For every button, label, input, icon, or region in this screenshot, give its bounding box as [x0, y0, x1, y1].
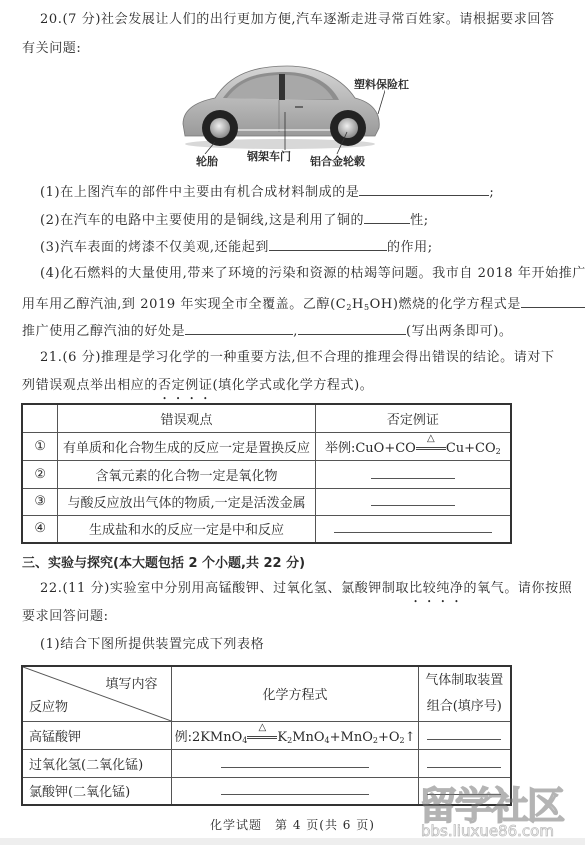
answer-blank-equation-3[interactable] — [221, 782, 369, 795]
header-device: 气体制取装置 组合(填序号) — [418, 666, 511, 721]
answer-blank-3[interactable] — [269, 238, 387, 251]
row-example[interactable] — [315, 460, 511, 488]
answer-blank-benefit-2[interactable] — [298, 322, 406, 335]
row-reactant: 高锰酸钾 — [22, 721, 172, 749]
label-alloy-hub: 铝合金轮毂 — [310, 153, 365, 169]
row-reactant: 氯酸钾(二氧化锰) — [22, 777, 172, 805]
q20-part2: (2)在汽车的电路中主要使用的是铜线,这是利用了铜的性; — [40, 211, 429, 229]
answer-blank-example-4[interactable] — [334, 520, 492, 533]
row-reactant: 过氧化氢(二氧化锰) — [22, 749, 172, 777]
header-reactant: 反应物 — [29, 696, 68, 715]
header-fill-content: 填写内容 — [105, 673, 157, 692]
row-example[interactable] — [315, 515, 511, 543]
row-num: ② — [22, 460, 58, 488]
row-equation[interactable] — [172, 777, 418, 805]
q22-table-header: 填写内容 反应物 化学方程式 气体制取装置 组合(填序号) — [22, 666, 511, 721]
gas-arrow-icon: ↑ — [405, 730, 416, 745]
row-equation: 例:2KMnO4△K2MnO4+MnO2+O2↑ — [172, 721, 418, 749]
q20-part3: (3)汽车表面的烤漆不仅美观,还能起到的作用; — [40, 238, 433, 256]
answer-blank-example-2[interactable] — [371, 466, 455, 479]
row-view: 含氧元素的化合物一定是氧化物 — [58, 460, 315, 488]
q21-intro-line2: 列错误观点举出相应的否定例证(填化学式或化学方程式)。 — [22, 378, 373, 394]
row-example: 举例:CuO+CO△Cu+CO2 — [315, 432, 511, 460]
answer-blank-example-3[interactable] — [371, 493, 455, 506]
table-row: ② 含氧元素的化合物一定是氧化物 — [22, 460, 511, 488]
answer-blank-equation[interactable] — [521, 295, 585, 308]
row-device[interactable] — [418, 749, 511, 777]
row-view: 有单质和化合物生成的反应一定是置换反应 — [58, 432, 315, 460]
q20-part1: (1)在上图汽车的部件中主要由有机合成材料制成的是; — [40, 183, 494, 201]
answer-blank-1[interactable] — [359, 183, 489, 196]
row-example[interactable] — [315, 488, 511, 515]
answer-blank-device-1[interactable] — [427, 727, 501, 740]
heat-condition-sign: △ — [247, 730, 277, 744]
table-row: 过氧化氢(二氧化锰) — [22, 749, 511, 777]
row-view: 与酸反应放出气体的物质,一定是活泼金属 — [58, 488, 315, 515]
q22-intro-line2: 要求回答问题: — [22, 609, 109, 625]
table-row: ③ 与酸反应放出气体的物质,一定是活泼金属 — [22, 488, 511, 515]
row-view: 生成盐和水的反应一定是中和反应 — [58, 515, 315, 543]
table-row: ④ 生成盐和水的反应一定是中和反应 — [22, 515, 511, 543]
label-steel-door: 钢架车门 — [247, 148, 291, 164]
header-counter-example: 否定例证 — [315, 404, 511, 432]
q22-part1: (1)结合下图所提供装置完成下列表格 — [40, 637, 264, 653]
watermark: 留学社区 bbs.liuxue86.com — [415, 775, 585, 845]
q20-intro-line1: 20.(7 分)社会发展让人们的出行更加方便,汽车逐渐走进寻常百姓家。请根据要求… — [40, 12, 555, 28]
answer-blank-benefit-1[interactable] — [185, 322, 293, 335]
table-row: ① 有单质和化合物生成的反应一定是置换反应 举例:CuO+CO△Cu+CO2 — [22, 432, 511, 460]
q20-intro-line2: 有关问题: — [22, 41, 81, 57]
row-device[interactable] — [418, 721, 511, 749]
answer-blank-2[interactable] — [364, 211, 410, 224]
header-num — [22, 404, 58, 432]
section-3-title: 三、实验与探究(本大题包括 2 个小题,共 22 分) — [22, 552, 305, 571]
label-tire: 轮胎 — [196, 153, 218, 169]
row-num: ① — [22, 432, 58, 460]
header-diagonal-cell: 填写内容 反应物 — [22, 666, 172, 721]
page-footer: 化学试题 第 4 页(共 6 页) — [0, 816, 585, 833]
q20-part4-line2: 用车用乙醇汽油,到 2019 年实现全市全覆盖。乙醇(C2H5OH)燃烧的化学方… — [22, 295, 585, 313]
row-num: ④ — [22, 515, 58, 543]
answer-blank-equation-2[interactable] — [221, 755, 369, 768]
label-plastic-bumper: 塑料保险杠 — [354, 76, 409, 92]
q21-intro-line1: 21.(6 分)推理是学习化学的一种重要方法,但不合理的推理会得出错误的结论。请… — [40, 350, 555, 366]
row-equation[interactable] — [172, 749, 418, 777]
header-wrong-view: 错误观点 — [58, 404, 315, 432]
q21-table: 错误观点 否定例证 ① 有单质和化合物生成的反应一定是置换反应 举例:CuO+C… — [21, 403, 512, 544]
q20-part4-line3: 推广使用乙醇汽油的好处是,(写出两条即可)。 — [22, 322, 512, 340]
heat-condition-sign: △ — [416, 441, 446, 455]
q21-table-header: 错误观点 否定例证 — [22, 404, 511, 432]
bottom-margin — [0, 838, 585, 845]
header-equation: 化学方程式 — [172, 666, 418, 721]
q22-intro-line1: 22.(11 分)实验室中分别用高锰酸钾、过氧化氢、氯酸钾制取比较纯净的氧气。请… — [40, 581, 572, 597]
table-row: 高锰酸钾 例:2KMnO4△K2MnO4+MnO2+O2↑ — [22, 721, 511, 749]
q20-part4-line1: (4)化石燃料的大量使用,带来了环境的污染和资源的枯竭等问题。我市自 2018 … — [40, 266, 585, 282]
row-num: ③ — [22, 488, 58, 515]
answer-blank-device-2[interactable] — [427, 755, 501, 768]
